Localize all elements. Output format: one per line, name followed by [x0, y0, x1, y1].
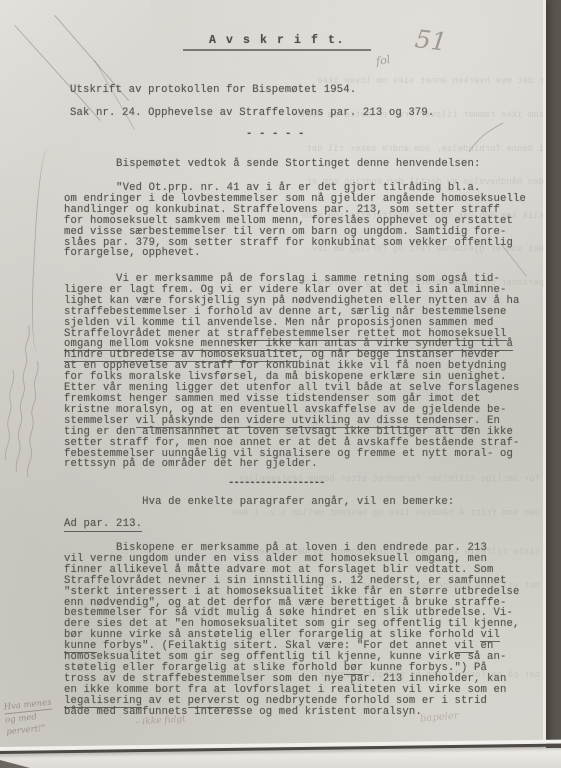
document-title: A v s k r i f t. [183, 36, 371, 51]
section-question-line: Hva de enkelte paragrafer angår, vil en … [64, 497, 454, 508]
paragraph-1: "Ved Ot.prp. nr. 41 av i år er det gjort… [64, 183, 526, 259]
paragraph-2: Vi er merksamme på de forslag i samme re… [64, 274, 520, 470]
header-line-protocol: Utskrift av protokollen for Bispemøtet 1… [70, 85, 356, 96]
separator-dashes: - - - - - [246, 129, 305, 140]
section-divider: ------------------ [228, 478, 324, 489]
document-page: r det mye hverken annet sies om loven ik… [0, 0, 546, 752]
header-line-case: Sak nr. 24. Opphevelse av Straffelovens … [70, 108, 434, 119]
paragraph-3: Biskopene er merksamme på at loven i den… [64, 543, 520, 718]
intro-line: Bispemøtet vedtok å sende Stortinget den… [64, 159, 480, 170]
scanned-document-photo: r det mye hverken annet sies om loven ik… [0, 0, 561, 768]
margin-handwriting-vertical [0, 274, 62, 483]
handwritten-note-below-text: – ikke fulgt [135, 714, 186, 728]
handwritten-folio-mark: fol [375, 53, 391, 68]
margin-note-bottom-left: Hva menes og med pervert!" [3, 697, 55, 739]
section-heading: Ad par. 213. [64, 518, 142, 532]
pencil-tick-right [466, 120, 506, 156]
handwritten-page-number: 51 [413, 24, 448, 57]
handwritten-note-bottom-right: bapeler [420, 710, 459, 724]
